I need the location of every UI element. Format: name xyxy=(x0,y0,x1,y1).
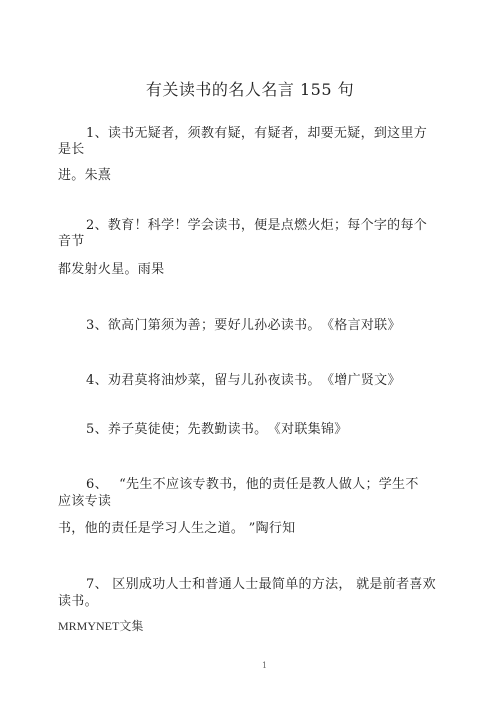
footer-watermark-text: MRMYNET文集 xyxy=(58,617,143,634)
entry-1-line-1: 1、读书无疑者，须教有疑，有疑者，却要无疑，到这里方 xyxy=(86,122,427,141)
entry-6-line-2: 应该专读 xyxy=(58,490,111,509)
entry-1-line-2: 是长 xyxy=(58,138,85,157)
entry-6-line-3: 书，他的责任是学习人生之道。 ”陶行知 xyxy=(58,517,295,536)
entry-7-line-1: 7、 区别成功人士和普通人士最简单的方法， 就是前者喜欢 xyxy=(86,573,436,592)
page-number: 1 xyxy=(262,661,267,670)
entry-3-line-1: 3、欲高门第须为善；要好儿孙必读书。 《格言对联》 xyxy=(86,314,401,333)
entry-5-line-1: 5、养子莫徒使；先教勤读书。 《对联集锦》 xyxy=(86,418,348,437)
entry-2-line-3: 都发射火星。雨果 xyxy=(58,258,164,277)
entry-1-line-3: 进。朱熹 xyxy=(58,164,111,183)
entry-6-line-1: 6、 “先生不应该专教书，他的责任是教人做人；学生不 xyxy=(86,473,419,492)
entry-2-line-2: 音节 xyxy=(58,230,85,249)
document-title: 有关读书的名人名言 155 句 xyxy=(0,77,500,100)
entry-2-line-1: 2、教育！科学！学会读书，便是点燃火炬；每个字的每个 xyxy=(86,214,427,233)
entry-4-line-1: 4、劝君莫将油炒菜，留与儿孙夜读书。 《增广贤文》 xyxy=(86,369,401,388)
entry-7-line-2: 读书。 xyxy=(58,590,98,609)
document-page: 有关读书的名人名言 155 句 1、读书无疑者，须教有疑，有疑者，却要无疑，到这… xyxy=(0,0,500,708)
